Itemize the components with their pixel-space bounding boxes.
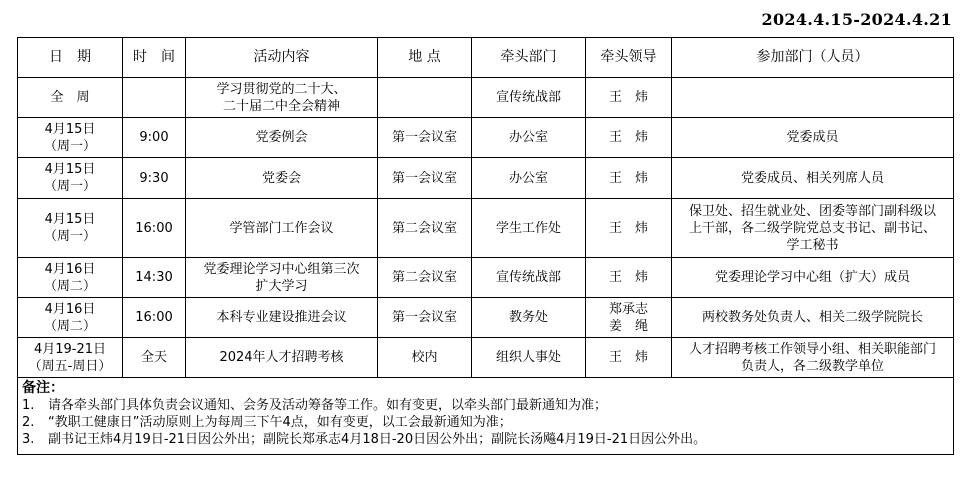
- cell-time: 全天: [123, 338, 186, 378]
- cell-date: 4月19-21日 （周五-周日）: [18, 338, 123, 378]
- cell-lead-dept: 组织人事处: [472, 338, 586, 378]
- cell-time: [123, 78, 186, 118]
- col-header-date: 日 期: [18, 38, 123, 78]
- col-header-participants: 参加部门（人员）: [672, 38, 954, 78]
- table-row: 4月16日 （周二） 16:00 本科专业建设推进会议 第一会议室 教务处 郑承…: [18, 298, 954, 338]
- note-number: 1.: [22, 397, 48, 414]
- note-text: 副书记王炜4月19日-21日因公外出；副院长郑承志4月18日-20日因公外出；副…: [48, 431, 706, 448]
- cell-leader: 王 炜: [586, 158, 672, 199]
- date-range: 2024.4.15-2024.4.21: [720, 10, 952, 29]
- cell-participants: 党委理论学习中心组（扩大）成员: [672, 258, 954, 298]
- cell-activity: 学管部门工作会议: [186, 199, 378, 258]
- cell-location: 校内: [378, 338, 472, 378]
- cell-leader: 王 炜: [586, 258, 672, 298]
- note-item: 1. 请各牵头部门具体负责会议通知、会务及活动筹备等工作。如有变更，以牵头部门最…: [22, 397, 949, 414]
- cell-lead-dept: 学生工作处: [472, 199, 586, 258]
- cell-date: 4月16日 （周二）: [18, 298, 123, 338]
- cell-activity: 党委会: [186, 158, 378, 199]
- cell-time: 9:30: [123, 158, 186, 199]
- note-number: 3.: [22, 431, 48, 448]
- cell-leader: 王 炜: [586, 199, 672, 258]
- cell-location: 第一会议室: [378, 118, 472, 158]
- cell-time: 14:30: [123, 258, 186, 298]
- cell-lead-dept: 教务处: [472, 298, 586, 338]
- cell-participants: 党委成员: [672, 118, 954, 158]
- cell-date: 4月15日 （周一）: [18, 199, 123, 258]
- cell-participants: 保卫处、招生就业处、团委等部门副科级以 上干部，各二级学院党总支书记、副书记、 …: [672, 199, 954, 258]
- cell-location: 第二会议室: [378, 199, 472, 258]
- table-row: 4月15日 （周一） 9:30 党委会 第一会议室 办公室 王 炜 党委成员、相…: [18, 158, 954, 199]
- cell-location: 第二会议室: [378, 258, 472, 298]
- cell-leader: 王 炜: [586, 338, 672, 378]
- cell-time: 16:00: [123, 298, 186, 338]
- cell-lead-dept: 宣传统战部: [472, 78, 586, 118]
- table-row: 4月19-21日 （周五-周日） 全天 2024年人才招聘考核 校内 组织人事处…: [18, 338, 954, 378]
- cell-participants: 两校教务处负责人、相关二级学院院长: [672, 298, 954, 338]
- cell-participants: 党委成员、相关列席人员: [672, 158, 954, 199]
- note-item: 2. “教职工健康日”活动原则上为每周三下午4点，如有变更，以工会最新通知为准；: [22, 414, 949, 431]
- cell-leader: 王 炜: [586, 118, 672, 158]
- notes-row: 备注： 1. 请各牵头部门具体负责会议通知、会务及活动筹备等工作。如有变更，以牵…: [18, 378, 954, 455]
- cell-time: 9:00: [123, 118, 186, 158]
- note-number: 2.: [22, 414, 48, 431]
- col-header-lead-dept: 牵头部门: [472, 38, 586, 78]
- col-header-activity: 活动内容: [186, 38, 378, 78]
- cell-time: 16:00: [123, 199, 186, 258]
- cell-location: 第一会议室: [378, 158, 472, 199]
- table-row: 4月15日 （周一） 16:00 学管部门工作会议 第二会议室 学生工作处 王 …: [18, 199, 954, 258]
- cell-activity: 党委理论学习中心组第三次 扩大学习: [186, 258, 378, 298]
- cell-activity: 本科专业建设推进会议: [186, 298, 378, 338]
- notes-title: 备注：: [22, 380, 949, 397]
- cell-activity: 学习贯彻党的二十大、 二十届二中全会精神: [186, 78, 378, 118]
- note-item: 3. 副书记王炜4月19日-21日因公外出；副院长郑承志4月18日-20日因公外…: [22, 431, 949, 448]
- cell-activity: 党委例会: [186, 118, 378, 158]
- col-header-time: 时 间: [123, 38, 186, 78]
- cell-participants: 人才招聘考核工作领导小组、相关职能部门 负责人，各二级教学单位: [672, 338, 954, 378]
- table-row: 4月15日 （周一） 9:00 党委例会 第一会议室 办公室 王 炜 党委成员: [18, 118, 954, 158]
- table-header-row: 日 期 时 间 活动内容 地 点 牵头部门 牵头领导 参加部门（人员）: [18, 38, 954, 78]
- cell-lead-dept: 宣传统战部: [472, 258, 586, 298]
- cell-location: [378, 78, 472, 118]
- cell-date: 4月16日 （周二）: [18, 258, 123, 298]
- cell-date: 4月15日 （周一）: [18, 158, 123, 199]
- cell-leader: 王 炜: [586, 78, 672, 118]
- table-row: 4月16日 （周二） 14:30 党委理论学习中心组第三次 扩大学习 第二会议室…: [18, 258, 954, 298]
- weekly-schedule-table: 日 期 时 间 活动内容 地 点 牵头部门 牵头领导 参加部门（人员） 全 周 …: [17, 37, 954, 455]
- note-text: 请各牵头部门具体负责会议通知、会务及活动筹备等工作。如有变更，以牵头部门最新通知…: [48, 397, 607, 414]
- cell-location: 第一会议室: [378, 298, 472, 338]
- cell-leader: 郑承志 姜 绳: [586, 298, 672, 338]
- notes-section: 备注： 1. 请各牵头部门具体负责会议通知、会务及活动筹备等工作。如有变更，以牵…: [18, 378, 954, 455]
- note-text: “教职工健康日”活动原则上为每周三下午4点，如有变更，以工会最新通知为准；: [48, 414, 512, 431]
- col-header-leader: 牵头领导: [586, 38, 672, 78]
- table-row: 全 周 学习贯彻党的二十大、 二十届二中全会精神 宣传统战部 王 炜: [18, 78, 954, 118]
- cell-lead-dept: 办公室: [472, 158, 586, 199]
- cell-participants: [672, 78, 954, 118]
- col-header-location: 地 点: [378, 38, 472, 78]
- cell-date: 全 周: [18, 78, 123, 118]
- cell-activity: 2024年人才招聘考核: [186, 338, 378, 378]
- cell-date: 4月15日 （周一）: [18, 118, 123, 158]
- cell-lead-dept: 办公室: [472, 118, 586, 158]
